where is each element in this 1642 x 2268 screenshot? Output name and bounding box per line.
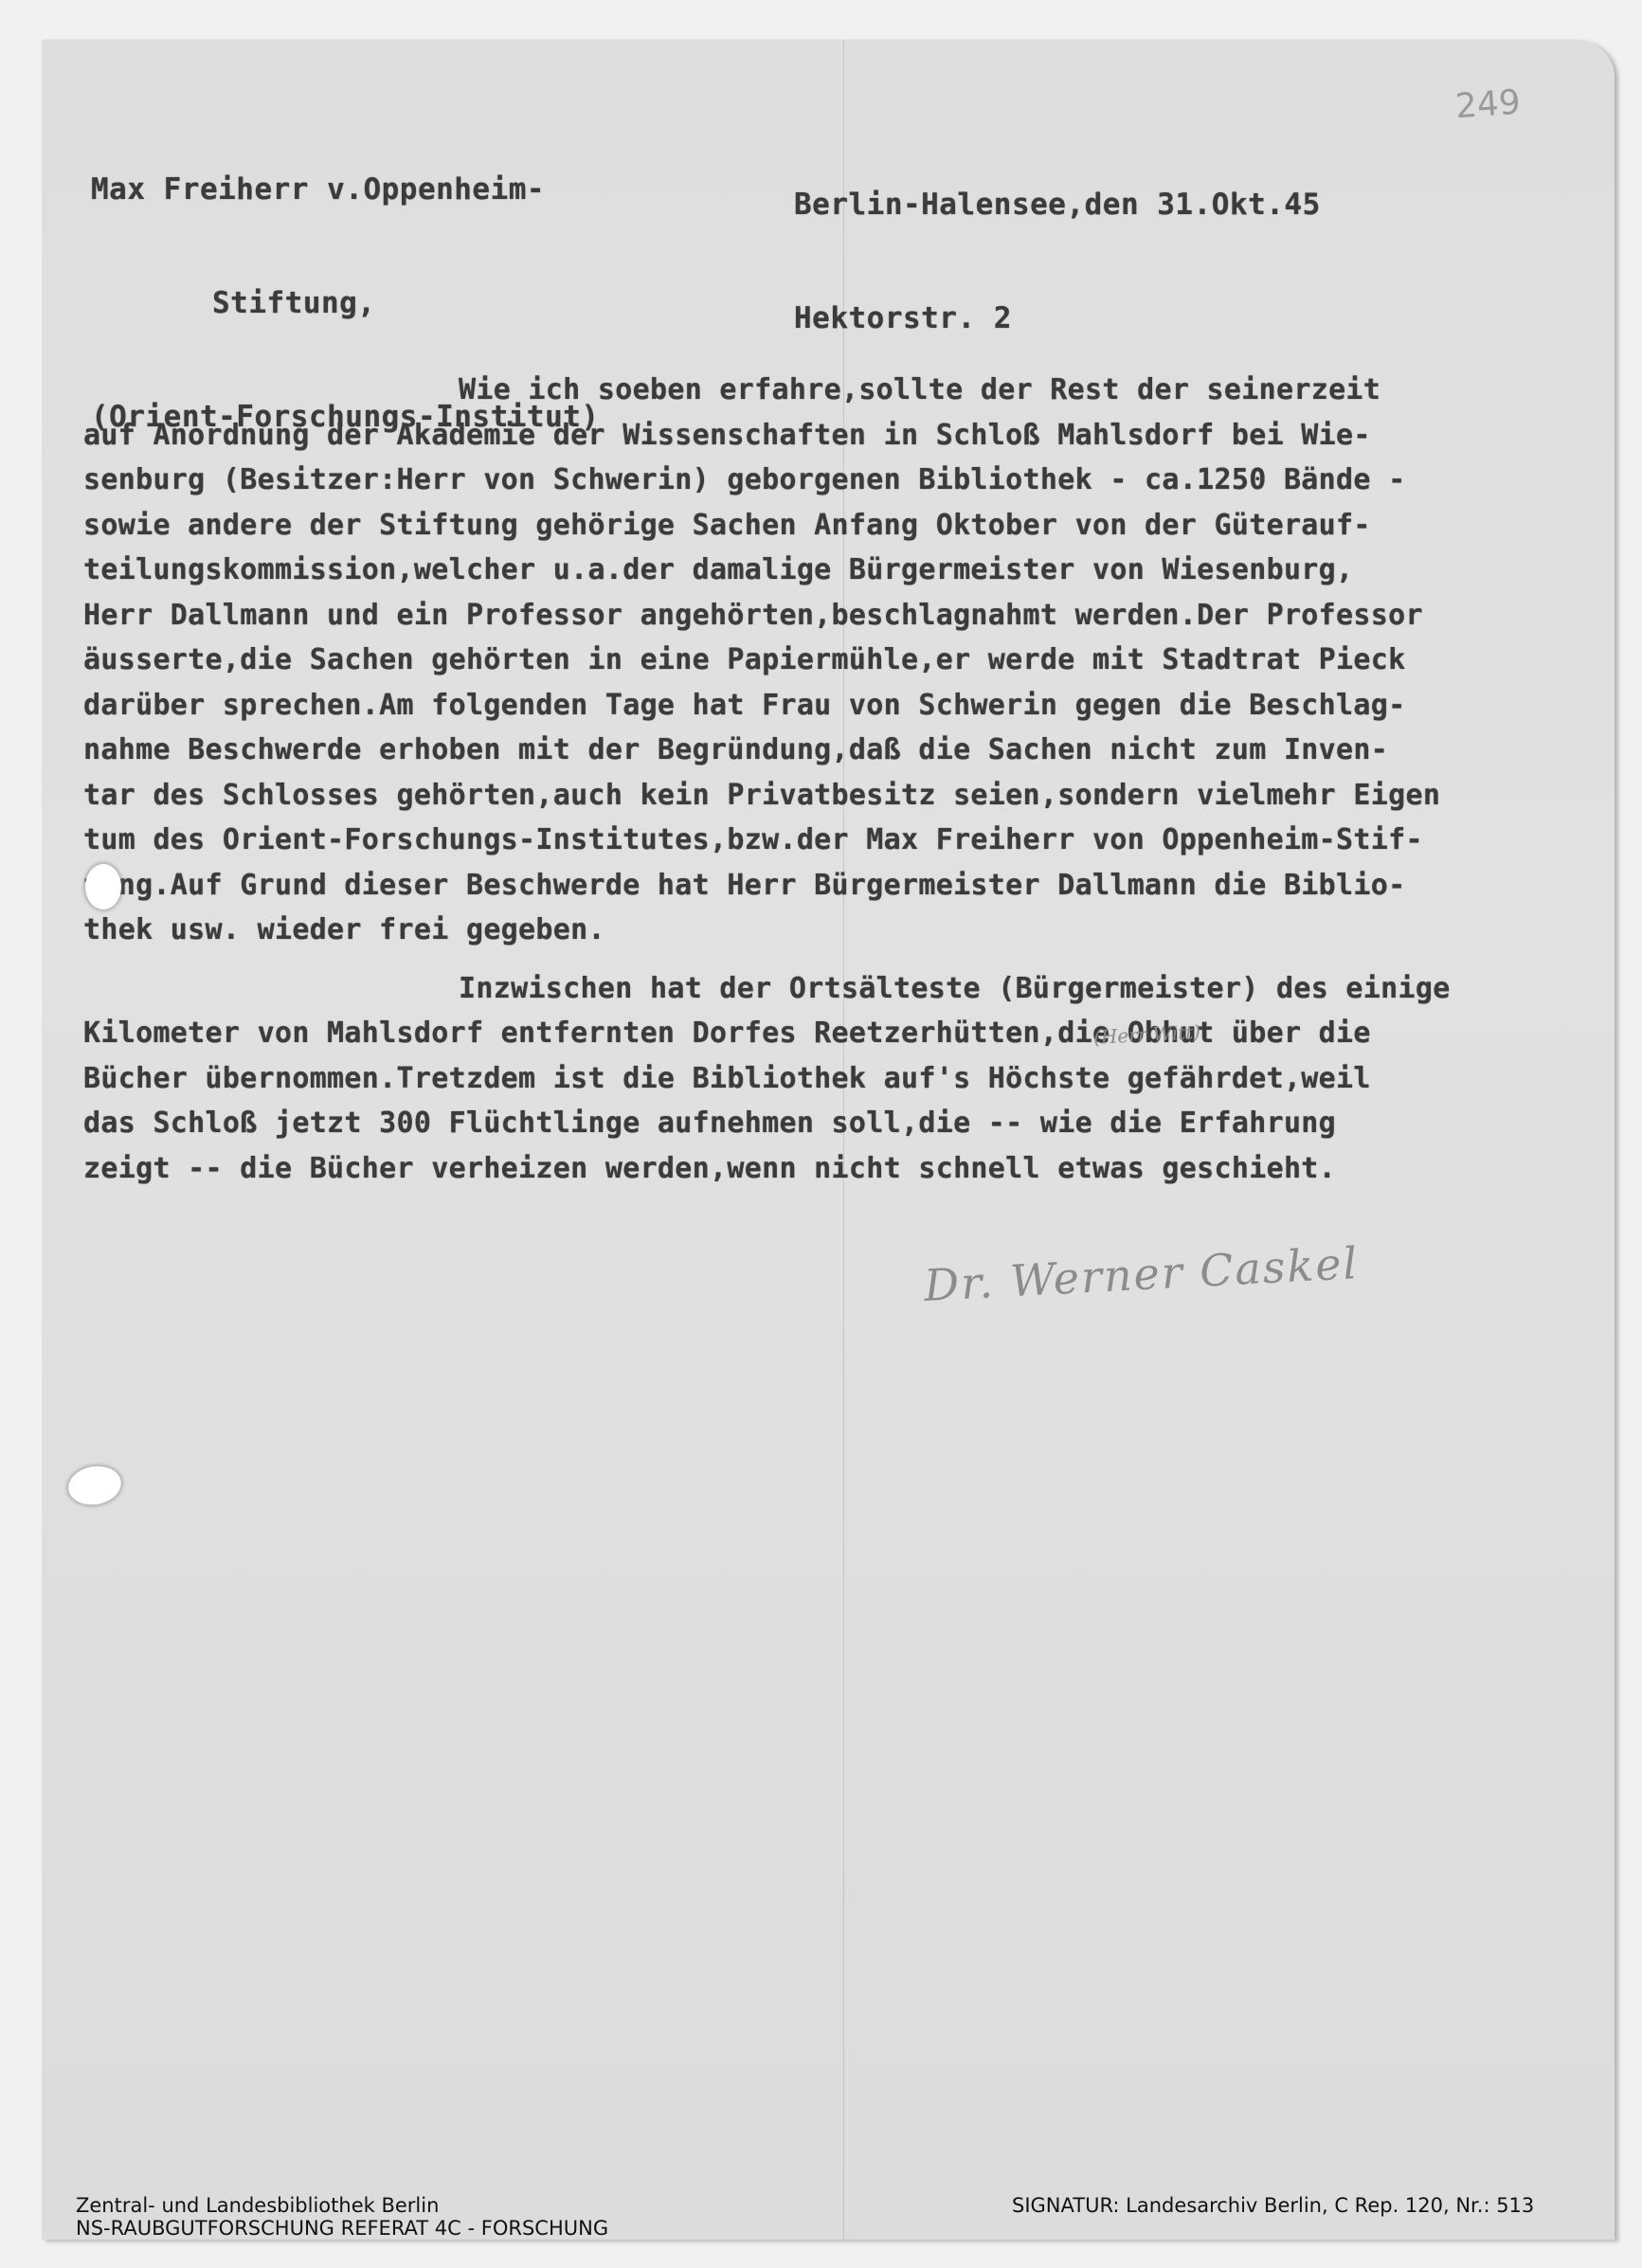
text-line: zeigt -- die Bücher verheizen werden,wen… bbox=[83, 1146, 1571, 1192]
paragraph-1: Wie ich soeben erfahre,sollte der Rest d… bbox=[83, 368, 1571, 953]
archive-footer-right: SIGNATUR: Landesarchiv Berlin, C Rep. 12… bbox=[1012, 2194, 1534, 2217]
text-line: auf Anordnung der Akademie der Wissensch… bbox=[83, 413, 1571, 459]
place-date-block: Berlin-Halensee,den 31.Okt.45 Hektorstr.… bbox=[794, 110, 1321, 375]
text-line: äusserte,die Sachen gehörten in eine Pap… bbox=[83, 638, 1571, 683]
text-line: teilungskommission,welcher u.a.der damal… bbox=[83, 548, 1571, 593]
sender-line-2: Stiftung, bbox=[91, 284, 600, 322]
text-line: Wie ich soeben erfahre,sollte der Rest d… bbox=[83, 368, 1571, 413]
paragraph-2: Inzwischen hat der Ortsälteste (Bürgerme… bbox=[83, 966, 1571, 1192]
text-line: das Schloß jetzt 300 Flüchtlinge aufnehm… bbox=[83, 1101, 1571, 1146]
footer-department: NS-RAUBGUTFORSCHUNG REFERAT 4C - FORSCHU… bbox=[76, 2217, 608, 2240]
sender-line-1: Max Freiherr v.Oppenheim- bbox=[91, 171, 600, 208]
text-line: Kilometer von Mahlsdorf entfernten Dorfe… bbox=[83, 1011, 1571, 1056]
place-date: Berlin-Halensee,den 31.Okt.45 bbox=[794, 186, 1321, 224]
text-line: Inzwischen hat der Ortsälteste (Bürgerme… bbox=[83, 966, 1571, 1012]
text-line: thek usw. wieder frei gegeben. bbox=[83, 908, 1571, 953]
text-line: Herr Dallmann und ein Professor angehört… bbox=[83, 593, 1571, 639]
footer-institution: Zentral- und Landesbibliothek Berlin bbox=[76, 2194, 608, 2217]
text-line: tum des Orient-Forschungs-Institutes,bzw… bbox=[83, 818, 1571, 863]
letter-body: Wie ich soeben erfahre,sollte der Rest d… bbox=[83, 368, 1571, 1191]
text-line: nahme Beschwerde erhoben mit der Begründ… bbox=[83, 728, 1571, 773]
text-line: sowie andere der Stiftung gehörige Sache… bbox=[83, 503, 1571, 549]
text-line: senburg (Besitzer:Herr von Schwerin) geb… bbox=[83, 458, 1571, 503]
street-address: Hektorstr. 2 bbox=[794, 299, 1321, 337]
footer-signature-ref: SIGNATUR: Landesarchiv Berlin, C Rep. 12… bbox=[1012, 2194, 1534, 2217]
text-line: tar des Schlosses gehörten,auch kein Pri… bbox=[83, 773, 1571, 819]
text-line: Bücher übernommen.Tretzdem ist die Bibli… bbox=[83, 1056, 1571, 1102]
folio-number: 249 bbox=[1454, 83, 1522, 127]
text-line: tung.Auf Grund dieser Beschwerde hat Her… bbox=[83, 863, 1571, 909]
text-line: darüber sprechen.Am folgenden Tage hat F… bbox=[83, 683, 1571, 729]
punch-hole-upper bbox=[85, 864, 121, 909]
archive-footer-left: Zentral- und Landesbibliothek Berlin NS-… bbox=[76, 2194, 608, 2240]
